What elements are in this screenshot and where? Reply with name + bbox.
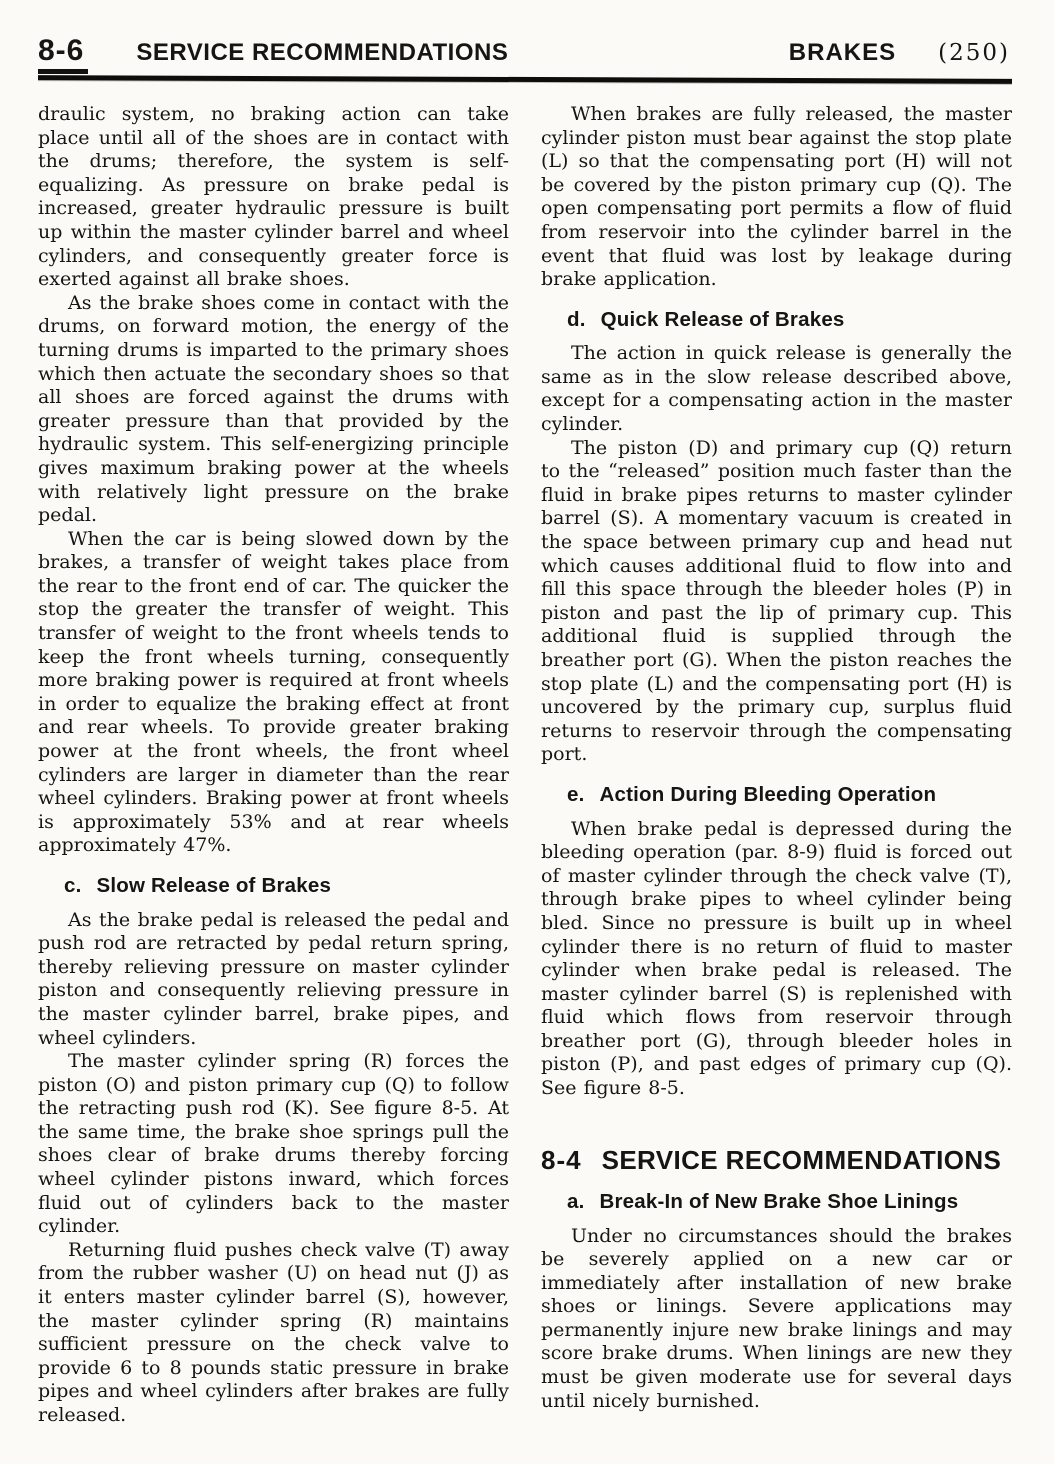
paragraph-brakes-fully-released: When brakes are fully released, the mast… [541,103,1012,292]
subheading-letter: e. [567,783,585,806]
running-header-right: BRAKES (250) [789,39,1010,67]
header-rule [38,75,1012,84]
right-column: When brakes are fully released, the mast… [541,103,1012,1428]
paragraph-shoe-contact: As the brake shoes come in contact with … [38,292,509,528]
subheading-title: Break-In of New Brake Shoe Linings [600,1190,959,1213]
left-column: draulic system, no braking action can ta… [38,103,509,1428]
paragraph-break-in: Under no circumstances should the brakes… [541,1225,1012,1414]
chapter-title: BRAKES [789,39,896,67]
section-heading-number: 8-4 [541,1145,582,1175]
subheading-letter: d. [567,308,586,331]
paragraph-master-cylinder-spring: The master cylinder spring (R) forces th… [38,1050,509,1239]
paragraph-weight-transfer: When the car is being slowed down by the… [38,528,509,858]
paragraph-returning-fluid: Returning fluid pushes check valve (T) a… [38,1239,509,1428]
subheading-title: Quick Release of Brakes [601,308,845,331]
manual-page: 8-6 SERVICE RECOMMENDATIONS BRAKES (250)… [0,0,1054,1464]
section-heading-8-4: 8-4SERVICE RECOMMENDATIONS [541,1147,1012,1174]
paragraph-bleeding: When brake pedal is depressed during the… [541,818,1012,1101]
running-section-title: SERVICE RECOMMENDATIONS [136,39,508,67]
subheading-title: Slow Release of Brakes [97,874,332,897]
paragraph-quick-release-action: The action in quick release is generally… [541,342,1012,436]
subheading-slow-release: c.Slow Release of Brakes [64,875,509,898]
subheading-quick-release: d.Quick Release of Brakes [567,309,1012,332]
page-section-number: 8-6 [38,34,88,74]
subheading-letter: a. [567,1190,585,1213]
two-column-body: draulic system, no braking action can ta… [38,103,1012,1428]
paragraph-piston-return: The piston (D) and primary cup (Q) retur… [541,437,1012,767]
subheading-bleeding-operation: e.Action During Bleeding Operation [567,784,1012,807]
paragraph-hydraulic-continuation: draulic system, no braking action can ta… [38,103,509,292]
subheading-letter: c. [64,874,82,897]
running-header-left: 8-6 SERVICE RECOMMENDATIONS [38,34,508,74]
paragraph-pedal-released: As the brake pedal is released the pedal… [38,909,509,1051]
subheading-break-in: a.Break-In of New Brake Shoe Linings [567,1191,1012,1214]
page-number: (250) [938,40,1010,66]
section-heading-title: SERVICE RECOMMENDATIONS [602,1145,1002,1175]
running-header: 8-6 SERVICE RECOMMENDATIONS BRAKES (250) [38,34,1012,74]
subheading-title: Action During Bleeding Operation [600,783,937,806]
